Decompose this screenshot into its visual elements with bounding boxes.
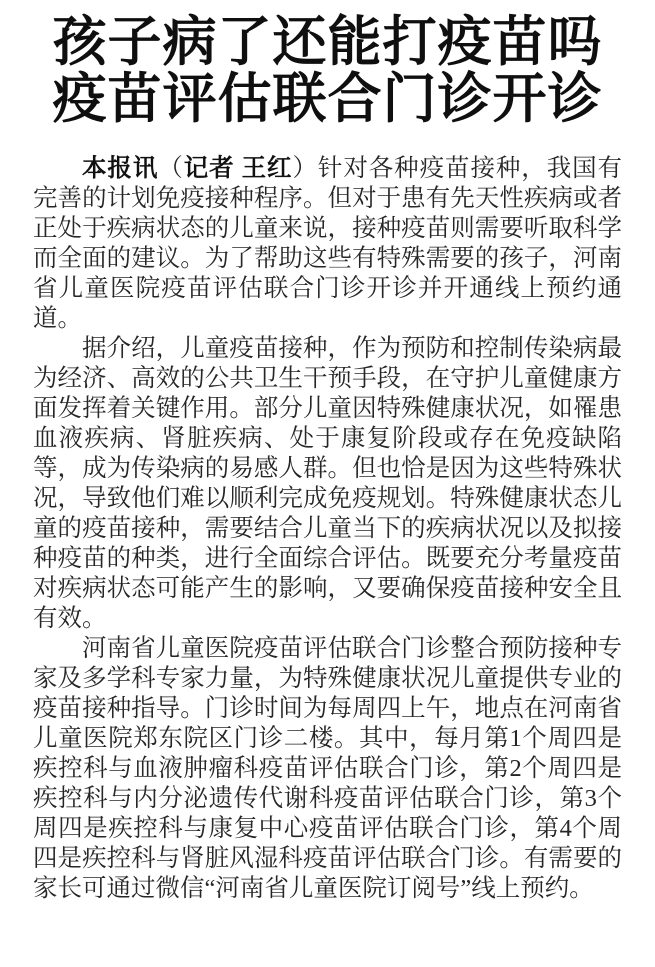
byline-close-paren: ）	[292, 155, 317, 182]
byline-open-paren: （	[158, 155, 183, 182]
headline-line-2: 疫苗评估联合门诊开诊	[33, 71, 622, 128]
paragraph-3: 河南省儿童医院疫苗评估联合门诊整合预防接种专家及多学科专家力量，为特殊健康状况儿…	[33, 634, 622, 904]
headline-line-1: 孩子病了还能打疫苗吗	[33, 14, 622, 71]
article-body: 本报讯（记者 王红）针对各种疫苗接种，我国有完善的计划免疫接种程序。但对于患有先…	[33, 154, 622, 904]
paragraph-1: 本报讯（记者 王红）针对各种疫苗接种，我国有完善的计划免疫接种程序。但对于患有先…	[33, 154, 622, 334]
newspaper-article-page: 孩子病了还能打疫苗吗 疫苗评估联合门诊开诊 本报讯（记者 王红）针对各种疫苗接种…	[0, 0, 655, 967]
article-headline: 孩子病了还能打疫苗吗 疫苗评估联合门诊开诊	[33, 14, 622, 128]
paragraph-2: 据介绍，儿童疫苗接种，作为预防和控制传染病最为经济、高效的公共卫生干预手段，在守…	[33, 334, 622, 634]
reporter-name: 记者 王红	[184, 155, 293, 182]
byline-prefix: 本报讯	[82, 155, 158, 182]
